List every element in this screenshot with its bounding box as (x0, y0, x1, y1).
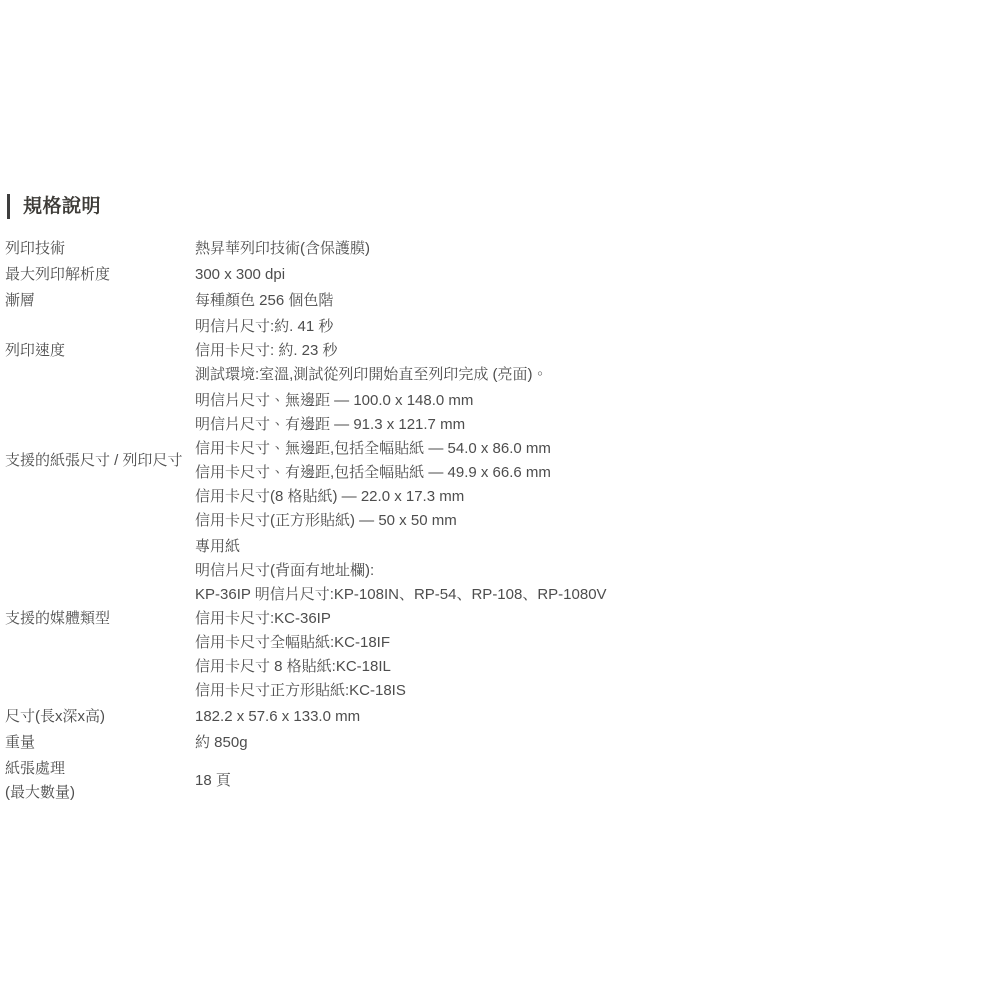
spec-row-weight: 重量 約 850g (5, 730, 745, 756)
section-header: 規格說明 (5, 192, 745, 220)
spec-value-text: 專用紙 (195, 535, 745, 559)
spec-row-print-speed: 列印速度 明信片尺寸:約. 41 秒 信用卡尺寸: 約. 23 秒 測試環境:室… (5, 314, 745, 388)
spec-label: 尺寸(長x深x高) (5, 705, 195, 729)
spec-label: 漸層 (5, 289, 195, 313)
spec-value: 182.2 x 57.6 x 133.0 mm (195, 705, 745, 729)
spec-value-text: 明信片尺寸、無邊距 — 100.0 x 148.0 mm (195, 389, 745, 413)
accent-bar (7, 194, 10, 219)
spec-label: 列印速度 (5, 339, 195, 363)
page-title: 規格說明 (23, 197, 101, 216)
spec-label: 重量 (5, 731, 195, 755)
spec-value-text: 明信片尺寸:約. 41 秒 (195, 315, 745, 339)
spec-value-text: 明信片尺寸(背面有地址欄): (195, 559, 745, 583)
spec-label: 列印技術 (5, 237, 195, 261)
spec-table: 列印技術 熱昇華列印技術(含保護膜) 最大列印解析度 300 x 300 dpi… (5, 236, 745, 806)
spec-value-text: 300 x 300 dpi (195, 263, 745, 287)
spec-label: 最大列印解析度 (5, 263, 195, 287)
spec-value-text: 信用卡尺寸正方形貼紙:KC-18IS (195, 679, 745, 703)
spec-row-media-types: 支援的媒體類型 專用紙 明信片尺寸(背面有地址欄): KP-36IP 明信片尺寸… (5, 534, 745, 704)
spec-value: 專用紙 明信片尺寸(背面有地址欄): KP-36IP 明信片尺寸:KP-108I… (195, 535, 745, 703)
spec-value: 約 850g (195, 731, 745, 755)
spec-value: 明信片尺寸:約. 41 秒 信用卡尺寸: 約. 23 秒 測試環境:室溫,測試從… (195, 315, 745, 387)
spec-value-text: 每種顏色 256 個色階 (195, 289, 745, 313)
spec-value: 明信片尺寸、無邊距 — 100.0 x 148.0 mm 明信片尺寸、有邊距 —… (195, 389, 745, 533)
spec-label-text: 列印速度 (5, 339, 195, 363)
spec-value-text: 明信片尺寸、有邊距 — 91.3 x 121.7 mm (195, 413, 745, 437)
spec-value-text: 182.2 x 57.6 x 133.0 mm (195, 705, 745, 729)
spec-label-text: (最大數量) (5, 781, 195, 805)
spec-value: 300 x 300 dpi (195, 263, 745, 287)
spec-value-text: 約 850g (195, 731, 745, 755)
spec-label-text: 紙張處理 (5, 757, 195, 781)
spec-value-text: 信用卡尺寸(正方形貼紙) — 50 x 50 mm (195, 509, 745, 533)
spec-value-text: 18 頁 (195, 769, 745, 793)
spec-row-paper-handling: 紙張處理 (最大數量) 18 頁 (5, 756, 745, 806)
spec-row-paper-sizes: 支援的紙張尺寸 / 列印尺寸 明信片尺寸、無邊距 — 100.0 x 148.0… (5, 388, 745, 534)
spec-value-text: 信用卡尺寸(8 格貼紙) — 22.0 x 17.3 mm (195, 485, 745, 509)
spec-label: 紙張處理 (最大數量) (5, 757, 195, 805)
spec-value: 熱昇華列印技術(含保護膜) (195, 237, 745, 261)
spec-section: 規格說明 列印技術 熱昇華列印技術(含保護膜) 最大列印解析度 300 x 30… (5, 192, 745, 806)
spec-value-text: 信用卡尺寸、無邊距,包括全幅貼紙 — 54.0 x 86.0 mm (195, 437, 745, 461)
spec-value-text: 熱昇華列印技術(含保護膜) (195, 237, 745, 261)
spec-value: 每種顏色 256 個色階 (195, 289, 745, 313)
spec-row-print-technology: 列印技術 熱昇華列印技術(含保護膜) (5, 236, 745, 262)
spec-row-dimensions: 尺寸(長x深x高) 182.2 x 57.6 x 133.0 mm (5, 704, 745, 730)
spec-label-text: 支援的紙張尺寸 / 列印尺寸 (5, 449, 195, 473)
spec-label-text: 最大列印解析度 (5, 263, 195, 287)
spec-label-text: 列印技術 (5, 237, 195, 261)
spec-label-text: 重量 (5, 731, 195, 755)
spec-value-text: 信用卡尺寸:KC-36IP (195, 607, 745, 631)
spec-label-text: 尺寸(長x深x高) (5, 705, 195, 729)
spec-value-text: 測試環境:室溫,測試從列印開始直至列印完成 (亮面)。 (195, 363, 745, 387)
spec-label: 支援的紙張尺寸 / 列印尺寸 (5, 449, 195, 473)
spec-value-text: 信用卡尺寸、有邊距,包括全幅貼紙 — 49.9 x 66.6 mm (195, 461, 745, 485)
spec-value-text: 信用卡尺寸 8 格貼紙:KC-18IL (195, 655, 745, 679)
spec-label: 支援的媒體類型 (5, 607, 195, 631)
spec-value-text: 信用卡尺寸全幅貼紙:KC-18IF (195, 631, 745, 655)
spec-label-text: 漸層 (5, 289, 195, 313)
spec-label-text: 支援的媒體類型 (5, 607, 195, 631)
spec-page: 規格說明 列印技術 熱昇華列印技術(含保護膜) 最大列印解析度 300 x 30… (0, 0, 1000, 1000)
spec-value: 18 頁 (195, 769, 745, 793)
spec-value-text: 信用卡尺寸: 約. 23 秒 (195, 339, 745, 363)
spec-row-max-resolution: 最大列印解析度 300 x 300 dpi (5, 262, 745, 288)
spec-value-text: KP-36IP 明信片尺寸:KP-108IN、RP-54、RP-108、RP-1… (195, 583, 745, 607)
spec-row-gradation: 漸層 每種顏色 256 個色階 (5, 288, 745, 314)
